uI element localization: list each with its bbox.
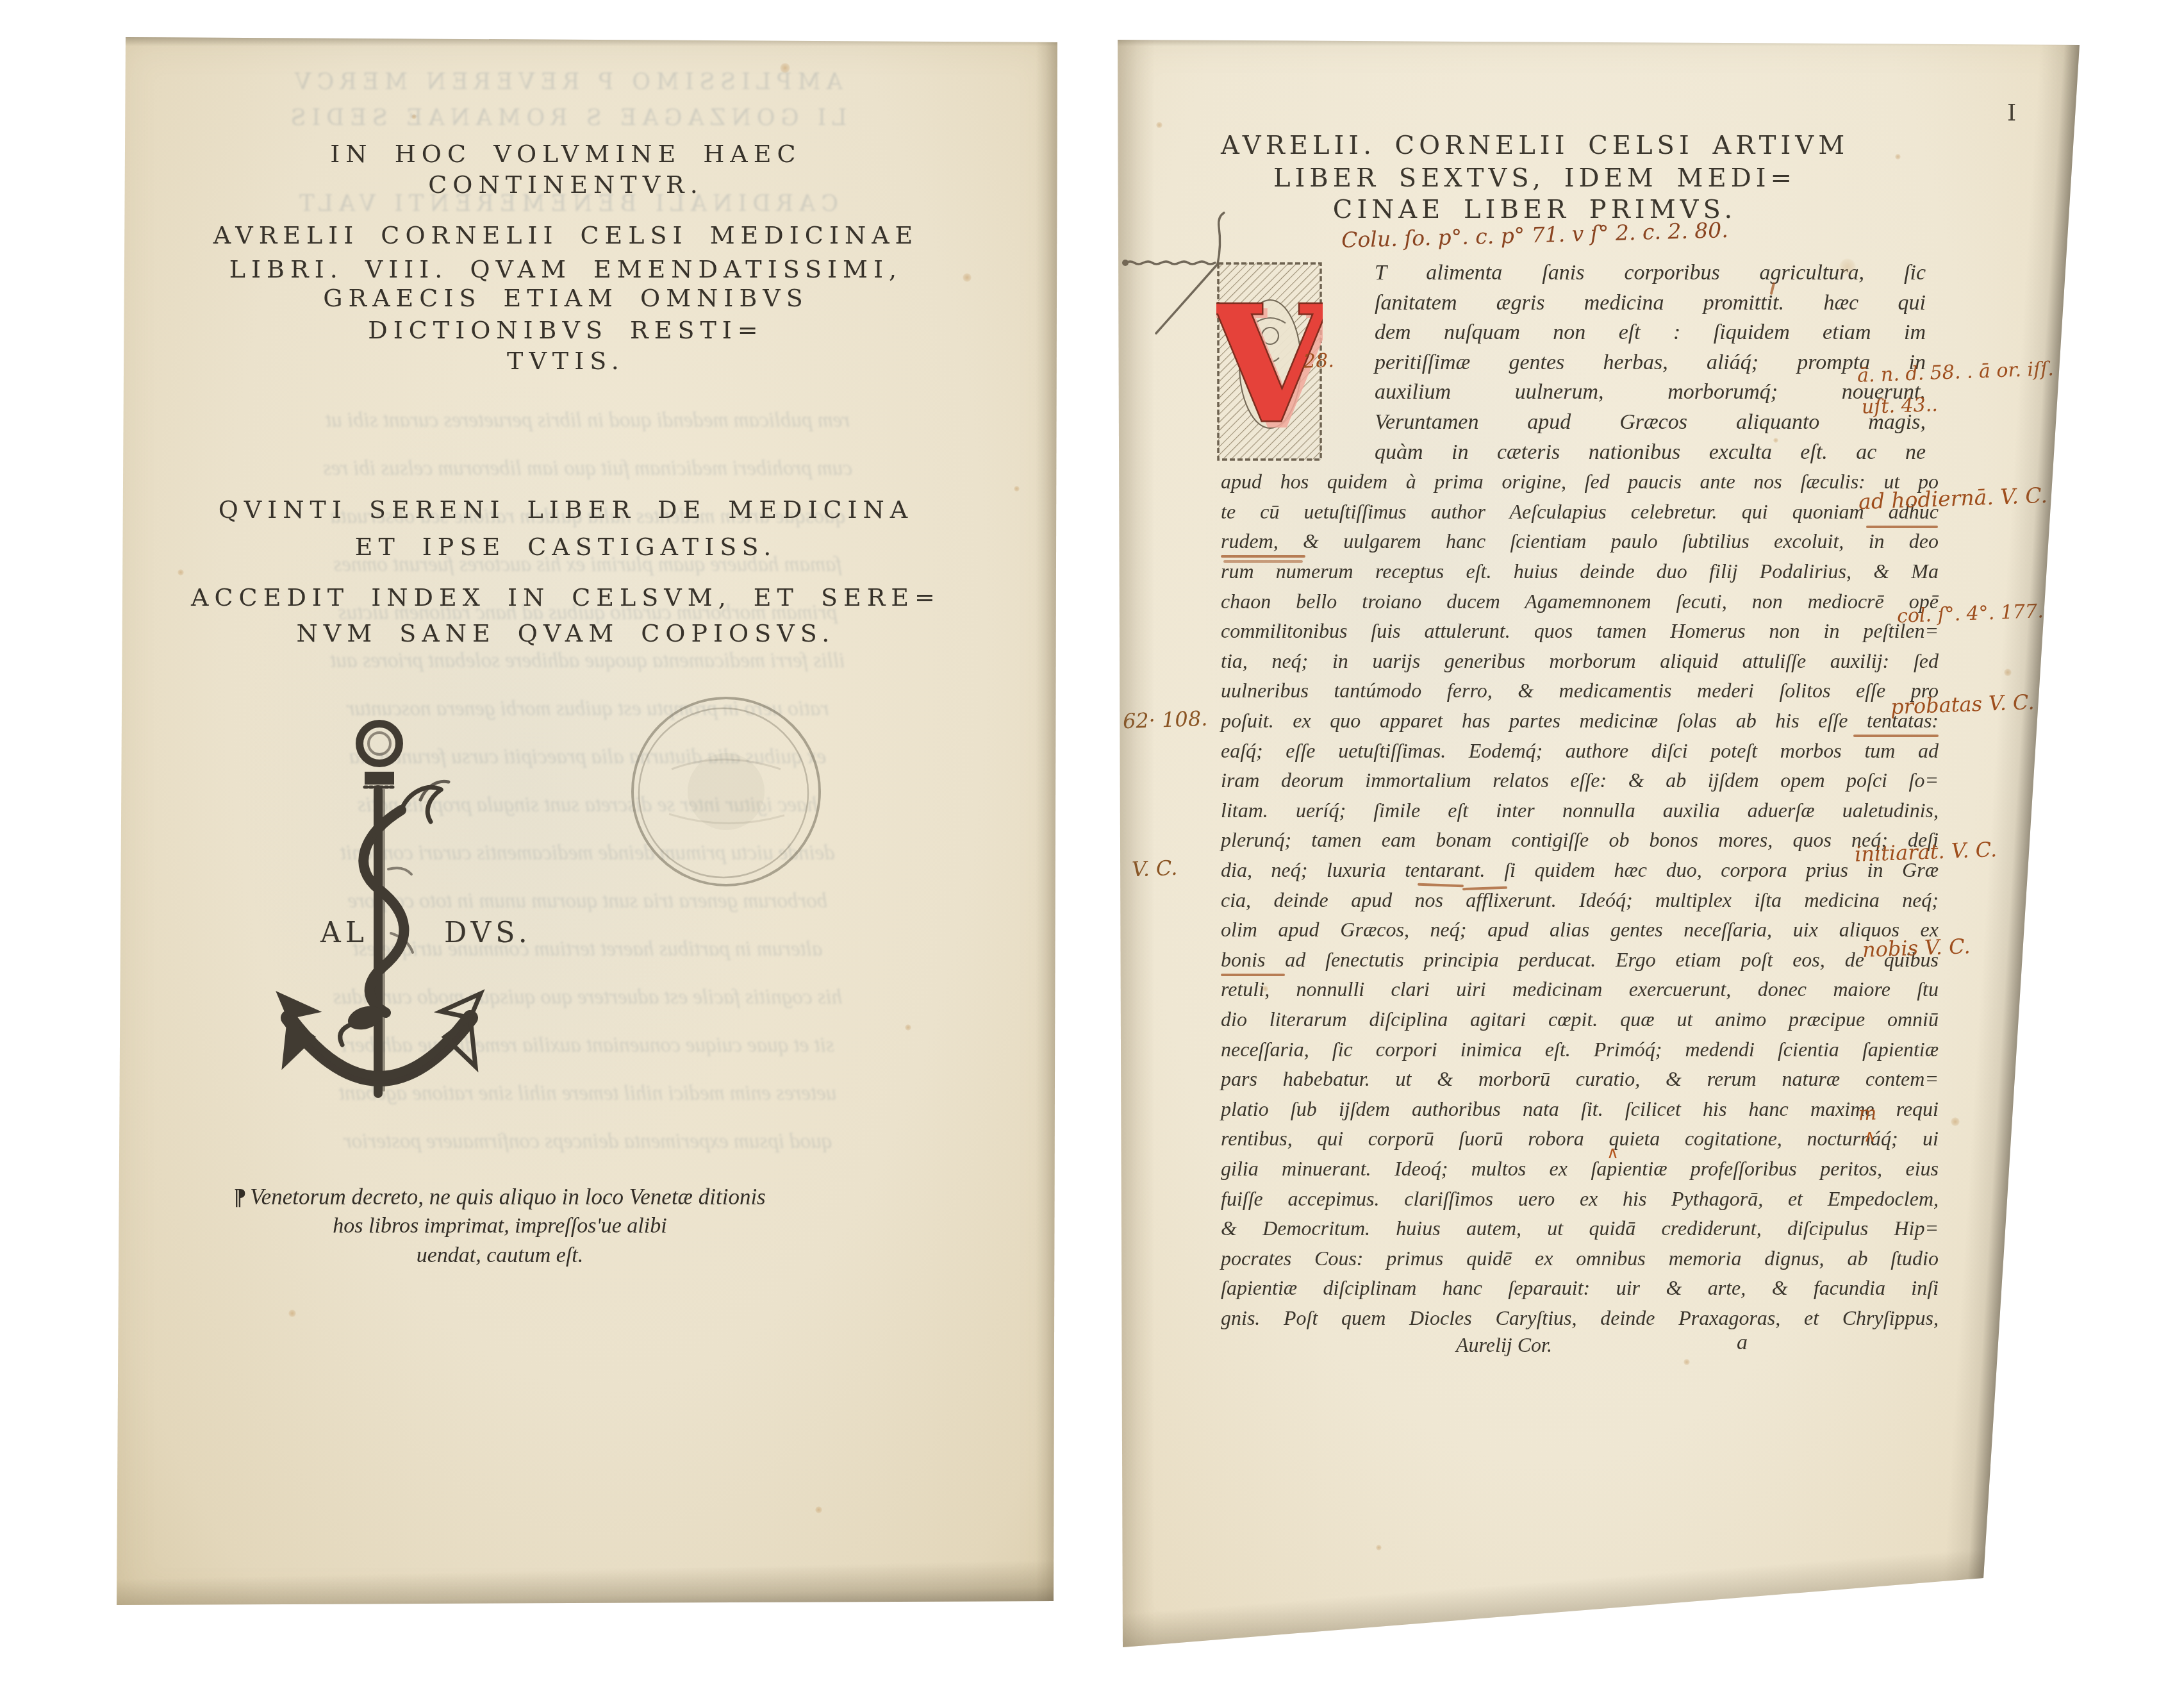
body-text-line: rentibus, qui corporū ſuorū robora quiet…: [1221, 1127, 1939, 1157]
catchword: Aurelij Cor.: [1360, 1333, 1648, 1357]
body-text-line: gnis. Poſt quem Diocles Caryſtius, deind…: [1221, 1306, 1939, 1336]
body-text-line: bonis ad ſenectutis principia perducat. …: [1221, 948, 1939, 978]
red-underline: [1221, 974, 1285, 976]
red-underline: [1221, 555, 1305, 558]
body-text-line: ſanitatem ægris medicina promittit. hæc …: [1375, 291, 1926, 321]
body-text-line: ſapientiæ diſciplinam hanc ſeparauit: ui…: [1221, 1276, 1939, 1306]
title-line: ACCEDIT INDEX IN CELSVM, ET SERE=: [117, 583, 1015, 611]
page-edge: [1116, 37, 2081, 46]
ghost-text-line: LI GONZAGAE S ROMANAE SEDIS: [117, 105, 1015, 131]
title-line: TVTIS.: [117, 347, 1015, 375]
page-edge: [1116, 1535, 2081, 1649]
body-text-line: neceſſaria, ſic corpori inimica eſt. Pri…: [1221, 1038, 1939, 1068]
body-text-block: T alimenta ſanis corporibus agricultura,…: [1221, 261, 1939, 1415]
ghost-text-line: cum prohiberi medicinam fuit quo iam lib…: [168, 457, 1007, 481]
insertion-caret: ∧: [1607, 1143, 1619, 1163]
body-text-line: gilia minuerant. Ideoq́; multos ex ſapie…: [1221, 1157, 1939, 1187]
chapter-heading-line: AVRELII. CORNELII CELSI ARTIVM: [1152, 131, 1918, 160]
ghost-text-line: rem publicam medendi quod in libris peru…: [168, 409, 1007, 433]
privilege-line: ¶Venetorum decreto, ne quis aliquo in lo…: [117, 1184, 883, 1210]
title-line: DICTIONIBVS RESTI=: [117, 316, 1015, 344]
body-text-line: apud hos quidem à prima origine, ſed pau…: [1221, 470, 1939, 500]
page-gutter-shadow: [1116, 37, 1155, 1649]
body-text-line: cia, deinde apud nos afflixerunt. Ideóq́…: [1221, 888, 1939, 918]
body-text-line: platio ſub ijſdem authoribus nata ſit. ſ…: [1221, 1097, 1939, 1127]
body-text-line: chaon bello troiano ducem Agamemnonem ſe…: [1221, 590, 1939, 620]
body-text-line: poſuit. ex quo apparet has partes medici…: [1221, 709, 1939, 739]
device-label-right: DVS.: [444, 917, 532, 949]
body-text-line: peritiſſimæ gentes herbas, aliáq́; promp…: [1375, 351, 1926, 381]
red-underline: [1223, 560, 1303, 563]
red-underline: [1853, 735, 1939, 737]
book-opening-scan: AMPLISSIMO P REVEREN MERCVLI GONZAGAE S …: [0, 0, 2184, 1687]
body-text-line: auxilium uulnerum, morborumq́; nouerunt.: [1375, 380, 1926, 410]
title-line: NVM SANE QVAM COPIOSVS.: [117, 619, 1015, 647]
body-text-line: commilitonibus ſuis attulerunt. quos tam…: [1221, 619, 1939, 649]
body-text-line: pocrates Cous: primus quidē ex omnibus m…: [1221, 1247, 1939, 1277]
body-text-line: Veruntamen apud Græcos aliquanto magis,: [1375, 410, 1926, 440]
body-text-line: fuiſſe accepimus. clariſſimos uero ex hi…: [1221, 1187, 1939, 1217]
body-text-line: olim apud Græcos, neq́; apud alias gente…: [1221, 918, 1939, 948]
body-text-line: plerunq́; tamen eam bonam contigiſſe ob …: [1221, 828, 1939, 858]
page-edge: [117, 1559, 1057, 1605]
body-text-line: litam. ueríq́; ſimile eſt inter nonnulla…: [1221, 799, 1939, 829]
privilege-text: Venetorum decreto, ne quis aliquo in loc…: [250, 1184, 766, 1209]
privilege-line: hos libros imprimat, impreſſos'ue alibi: [117, 1214, 883, 1238]
body-text-line: tia, neq́; in uarijs generibus morborum …: [1221, 649, 1939, 679]
privilege-line: uendat, cautum eſt.: [117, 1243, 883, 1268]
body-text-line: rudem, & uulgarem hanc ſcientiam paulo ſ…: [1221, 529, 1939, 560]
body-text-line: dio literarum diſciplina agitari cœpit. …: [1221, 1008, 1939, 1038]
title-line: QVINTI SERENI LIBER DE MEDICINA: [117, 495, 1015, 524]
page-edge: [1036, 37, 1057, 1605]
body-text-line: pars habebatur. ut & morborū curatio, & …: [1221, 1067, 1939, 1097]
body-text-line: & Democritum. huius autem, ut quidā cred…: [1221, 1217, 1939, 1247]
library-stamp: [627, 692, 825, 891]
signature-mark: a: [1737, 1331, 1748, 1355]
device-label-left: AL: [320, 917, 368, 949]
body-text-line: uulneribus tantúmodo ferro, & medicament…: [1221, 679, 1939, 709]
text-page: I AVRELII. CORNELII CELSI ARTIVM LIBER S…: [1116, 37, 2081, 1649]
title-line: GRAECIS ETIAM OMNIBVS: [117, 284, 1015, 312]
body-text-line: retuli, nonnulli clari uiri medicinam ex…: [1221, 977, 1939, 1008]
ghost-text-line: AMPLISSIMO P REVEREN MERCV: [117, 69, 1015, 95]
chapter-heading-line: LIBER SEXTVS, IDEM MEDI=: [1152, 163, 1918, 193]
title-line: LIBRI. VIII. QVAM EMENDATISSIMI,: [117, 255, 1015, 283]
title-line: CONTINENTVR.: [117, 170, 1015, 199]
body-text-line: quàm in cæteris nationibus exculta eſt. …: [1375, 440, 1926, 470]
margin-note-right: m: [1858, 1102, 1877, 1126]
body-text-line: dia, neq́; luxuria tentarant. ſi quidem …: [1221, 858, 1939, 888]
red-underline: [1866, 526, 1938, 528]
body-text-line: eaſq́; eſſe uetuſtiſſimas. Eodemq́; auth…: [1221, 739, 1939, 769]
title-line: IN HOC VOLVMINE HAEC: [117, 140, 1015, 168]
capitulum-mark: ¶: [234, 1184, 246, 1210]
body-text-line: te cū uetuſtiſſimus author Aeſculapius c…: [1221, 500, 1939, 530]
title-page: AMPLISSIMO P REVEREN MERCVLI GONZAGAE S …: [117, 37, 1057, 1605]
body-text-line: dem nuſquam non eſt : ſiquidem etiam im: [1375, 320, 1926, 351]
page-edge: [117, 37, 1057, 46]
body-text-line: iram deorum immortalium relatos eſſe: & …: [1221, 769, 1939, 799]
insertion-caret: ∧: [1864, 1127, 1876, 1146]
title-line: ET IPSE CASTIGATISS.: [117, 533, 1015, 561]
body-text-line: rum numerum receptus eſt. huius deinde d…: [1221, 560, 1939, 590]
title-line: AVRELII CORNELII CELSI MEDICINAE: [117, 221, 1015, 249]
margin-note-right: uſt. 43..: [1861, 394, 1938, 419]
ghost-text-line: illis ferri medicamenta quoque adhibere …: [168, 649, 1007, 673]
